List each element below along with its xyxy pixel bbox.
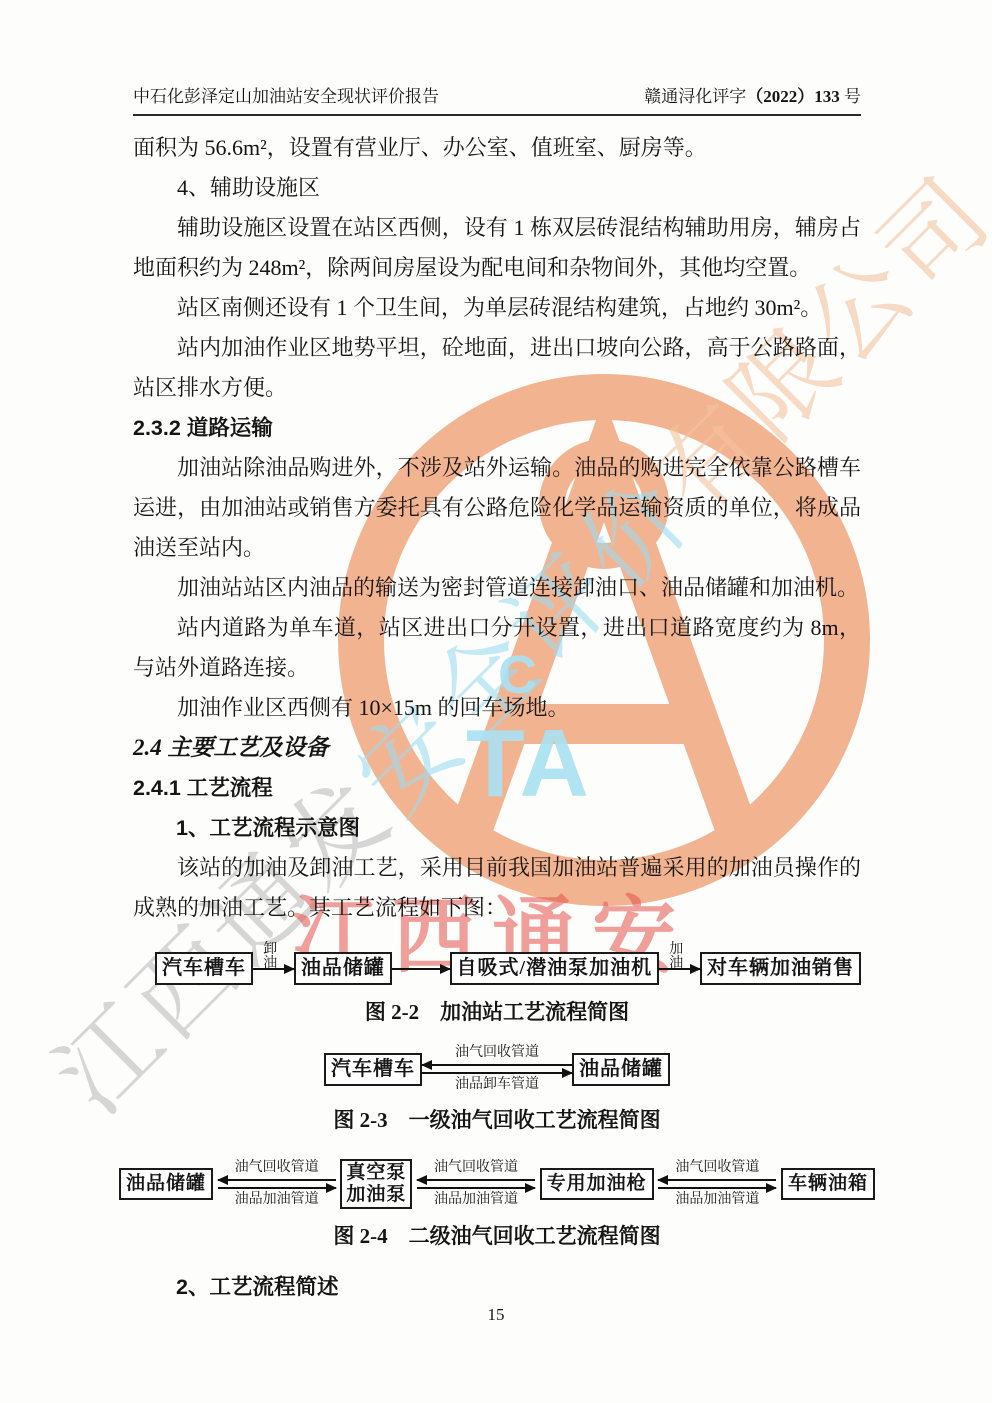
flow-node-vehicle-sales: 对车辆加油销售 <box>700 952 861 985</box>
flow-row-2-3: 汽车槽车 油气回收管道 油品卸车管道 油品储罐 <box>133 1045 861 1093</box>
heading-2-3-2: 2.3.2 道路运输 <box>133 408 861 448</box>
docnumber-suffix: 号 <box>840 87 861 106</box>
header-right-docnumber: 赣通浔化评字（2022）133 号 <box>644 82 861 107</box>
heading-2-4-1: 2.4.1 工艺流程 <box>133 768 861 808</box>
pipe-connection-1: 油气回收管道 油品加油管道 <box>218 1160 336 1208</box>
header-left-title: 中石化彭泽定山加油站安全现状评价报告 <box>133 82 439 107</box>
flow-node-nozzle: 专用加油枪 <box>540 1168 654 1200</box>
pipe-connection-2: 油气回收管道 油品加油管道 <box>417 1160 535 1208</box>
label-unloading-pipe: 油品卸车管道 <box>422 1077 572 1093</box>
paragraph-pipeline: 加油站站区内油品的输送为密封管道连接卸油口、油品储罐和加油机。 <box>133 568 861 608</box>
right-arrow-icon <box>417 1187 535 1189</box>
vacuum-pump-line2: 加油泵 <box>346 1184 406 1205</box>
paragraph-transport: 加油站除油品购进外，不涉及站外运输。油品的购进完全依靠公路槽车运进，由加油站或销… <box>133 448 861 568</box>
figure-2-2: 汽车槽车 卸油 油品储罐 自吸式/潜油泵加油机 加油 对车辆加油销售 图 2-2… <box>133 952 861 1027</box>
left-arrow-icon <box>422 1064 572 1066</box>
figure-2-3-caption: 图 2-3 一级油气回收工艺流程简图 <box>133 1105 861 1135</box>
paragraph-terrain: 站内加油作业区地势平坦，砼地面，进出口坡向公路，高于公路路面，站区排水方便。 <box>133 328 861 408</box>
page-number: 15 <box>0 1305 992 1325</box>
arrow-unload: 卸油 <box>253 952 294 985</box>
flow-node-storage-tank: 油品储罐 <box>119 1168 213 1200</box>
paragraph-aux-area-title: 4、辅助设施区 <box>133 168 861 208</box>
flow-node-tanker: 汽车槽车 <box>155 952 253 985</box>
left-arrow-icon <box>417 1179 535 1181</box>
label-vapor-recovery-pipe: 油气回收管道 <box>658 1160 776 1176</box>
paragraph-restroom: 站区南侧还设有 1 个卫生间，为单层砖混结构建筑，占地约 30m²。 <box>133 288 861 328</box>
flow-row-2-4: 油品储罐 油气回收管道 油品加油管道 真空泵加油泵 油气回收管道 油品加油管道 … <box>119 1159 875 1209</box>
heading-sub-2: 2、工艺流程简述 <box>133 1267 861 1307</box>
right-arrow-icon <box>422 1072 572 1074</box>
figure-2-2-caption: 图 2-2 加油站工艺流程简图 <box>133 997 861 1027</box>
flow-node-vehicle-tank: 车辆油箱 <box>781 1168 875 1200</box>
label-vapor-recovery-pipe: 油气回收管道 <box>417 1160 535 1176</box>
flow-node-vacuum-pump: 真空泵加油泵 <box>340 1159 412 1209</box>
left-arrow-icon <box>658 1179 776 1181</box>
docnumber-code: （2022）133 <box>746 87 840 106</box>
page-content: 中石化彭泽定山加油站安全现状评价报告 赣通浔化评字（2022）133 号 面积为… <box>133 82 861 1307</box>
right-arrow-icon <box>253 968 294 970</box>
paragraph-road: 站内道路为单车道，站区进出口分开设置，进出口道路宽度约为 8m，与站外道路连接。 <box>133 608 861 688</box>
left-arrow-icon <box>218 1179 336 1181</box>
arrow-plain <box>392 952 450 985</box>
body-text: 面积为 56.6m²，设置有营业厅、办公室、值班室、厨房等。 4、辅助设施区 辅… <box>133 128 861 928</box>
paragraph-process-intro: 该站的加油及卸油工艺，采用目前我国加油站普遍采用的加油员操作的成熟的加油工艺。其… <box>133 848 861 928</box>
figure-2-4-caption: 图 2-4 二级油气回收工艺流程简图 <box>133 1221 861 1251</box>
flow-node-tanker: 汽车槽车 <box>324 1053 422 1086</box>
document-page: 江西通发安全评价有限公司 C TA 江西通安 中石化彭泽定山加油站安全现状评价报… <box>0 0 992 1403</box>
right-arrow-icon <box>392 968 450 970</box>
pipe-connection: 油气回收管道 油品卸车管道 <box>422 1045 572 1093</box>
paragraph-aux-area: 辅助设施区设置在站区西侧，设有 1 栋双层砖混结构辅助用房，辅房占地面积约为 2… <box>133 208 861 288</box>
figure-2-3: 汽车槽车 油气回收管道 油品卸车管道 油品储罐 图 2-3 一级油气回收工艺流程… <box>133 1045 861 1135</box>
label-vapor-recovery-pipe: 油气回收管道 <box>422 1045 572 1061</box>
page-header: 中石化彭泽定山加油站安全现状评价报告 赣通浔化评字（2022）133 号 <box>133 82 861 116</box>
paragraph-turnaround: 加油作业区西侧有 10×15m 的回车场地。 <box>133 688 861 728</box>
vacuum-pump-line1: 真空泵 <box>346 1162 406 1183</box>
flow-node-storage-tank: 油品储罐 <box>294 952 392 985</box>
paragraph-area: 面积为 56.6m²，设置有营业厅、办公室、值班室、厨房等。 <box>133 128 861 168</box>
right-arrow-icon <box>659 968 700 970</box>
figure-2-4: 油品储罐 油气回收管道 油品加油管道 真空泵加油泵 油气回收管道 油品加油管道 … <box>133 1159 861 1251</box>
label-vapor-recovery-pipe: 油气回收管道 <box>218 1160 336 1176</box>
right-arrow-icon <box>218 1187 336 1189</box>
label-fueling-pipe: 油品加油管道 <box>417 1192 535 1208</box>
flow-node-storage-tank: 油品储罐 <box>572 1053 670 1086</box>
heading-sub-1: 1、工艺流程示意图 <box>133 808 861 848</box>
label-fueling-pipe: 油品加油管道 <box>658 1192 776 1208</box>
right-arrow-icon <box>658 1187 776 1189</box>
arrow-refuel: 加油 <box>659 952 700 985</box>
flow-node-dispenser: 自吸式/潜油泵加油机 <box>450 952 660 985</box>
docnumber-prefix: 赣通浔化评字 <box>644 87 746 106</box>
label-fueling-pipe: 油品加油管道 <box>218 1192 336 1208</box>
flow-row-2-2: 汽车槽车 卸油 油品储罐 自吸式/潜油泵加油机 加油 对车辆加油销售 <box>155 952 861 985</box>
pipe-connection-3: 油气回收管道 油品加油管道 <box>658 1160 776 1208</box>
heading-2-4: 2.4 主要工艺及设备 <box>133 728 861 768</box>
